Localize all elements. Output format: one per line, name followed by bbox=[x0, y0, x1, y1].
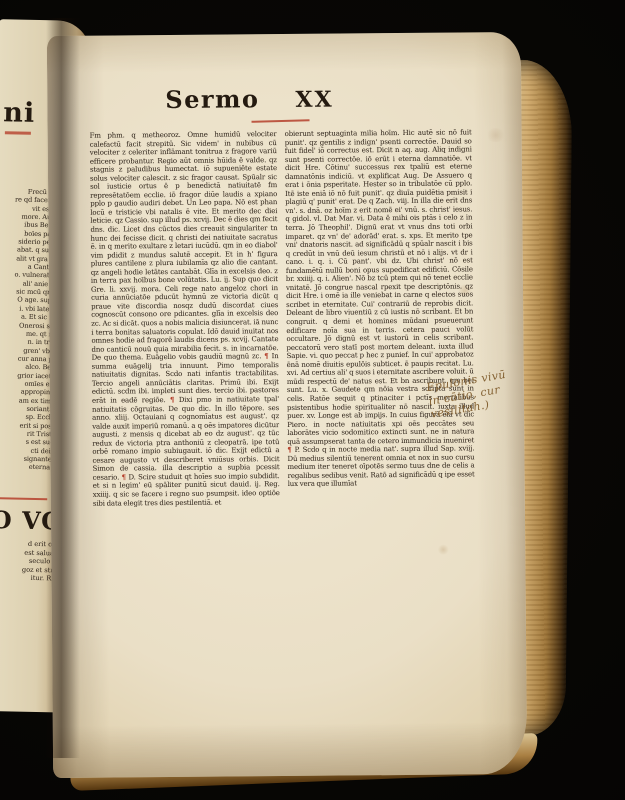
main-page: Sermo XX Fm phm. q metheoroz. Omne humid… bbox=[47, 32, 527, 778]
sermon-number: XX bbox=[295, 87, 333, 113]
facing-page-heading-fragment: ni bbox=[3, 97, 36, 129]
printed-text-block: Fm phm. q metheoroz. Omne humidū velocit… bbox=[90, 128, 476, 617]
text-column-right: obierunt septuaginta milia hoīm. Hic aut… bbox=[285, 128, 476, 616]
facing-page-rubric-rule bbox=[0, 497, 47, 500]
photo-of-incunable-book: { "colors": { "paper": "#eadfc6", "ink":… bbox=[0, 0, 625, 800]
text-column-left: Fm phm. q metheoroz. Omne humidū velocit… bbox=[90, 130, 281, 618]
page-header: Sermo XX bbox=[165, 83, 405, 114]
facing-page-rubric-mark bbox=[5, 131, 31, 135]
paper-stain bbox=[486, 128, 506, 142]
rubric-underline bbox=[252, 119, 310, 123]
sermon-title: Sermo bbox=[165, 84, 259, 114]
